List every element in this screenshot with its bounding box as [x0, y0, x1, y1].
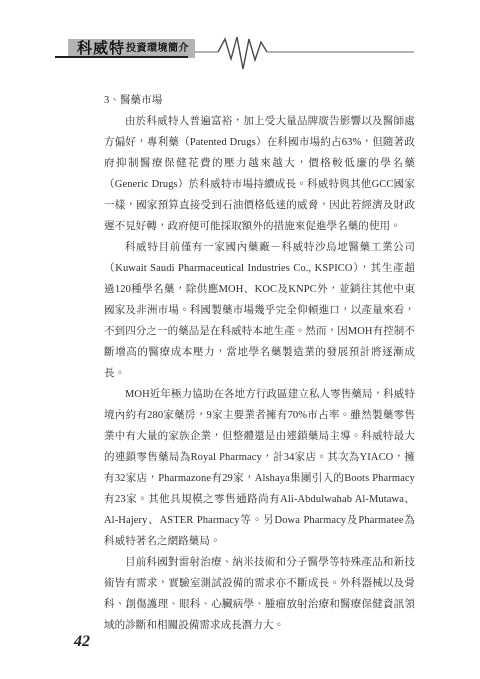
- paragraph-1: 由於科威特人普遍富裕，加上受大量品牌廣告影響以及醫師處方偏好，專利藥（Paten…: [104, 111, 415, 237]
- paragraph-3: MOH近年極力協助在各地方行政區建立私人零售藥局，科威特境內約有280家藥房，9…: [104, 384, 415, 552]
- section-content: 3、醫藥市場 由於科威特人普遍富裕，加上受大量品牌廣告影響以及醫師處方偏好，專利…: [104, 90, 415, 636]
- header-underline-rule: [55, 56, 188, 58]
- paragraph-4: 目前科國對雷射治療、納米技術和分子醫學等特殊產品和新技術皆有需求，實驗室測試設備…: [104, 552, 415, 636]
- document-page: 科威特 投資環境簡介 3、醫藥市場 由於科威特人普遍富裕，加上受大量品牌廣告影響…: [0, 0, 480, 679]
- paragraph-2: 科威特目前僅有一家國內藥廠－科威特沙烏地醫藥工業公司（Kuwait Saudi …: [104, 237, 415, 384]
- section-heading: 3、醫藥市場: [104, 90, 415, 111]
- heartbeat-pulse-icon: [188, 33, 414, 73]
- header-title-main: 科威特: [77, 41, 125, 56]
- header-title-sub: 投資環境簡介: [126, 44, 189, 54]
- page-number: 42: [74, 633, 90, 651]
